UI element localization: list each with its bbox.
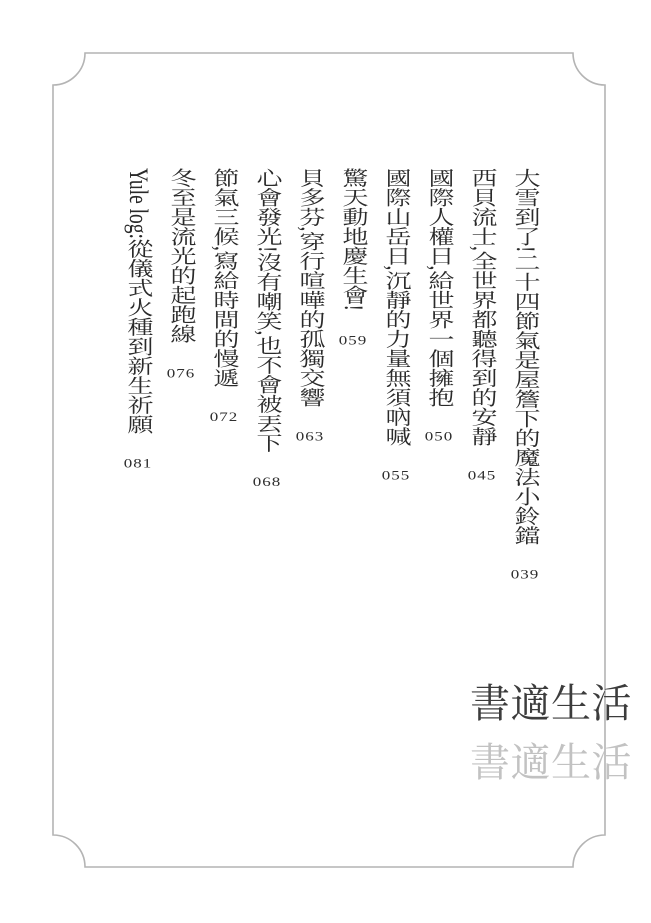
publisher-watermark: 書適生活 書適生活: [470, 682, 632, 785]
chapter-title: 大雪到了!二十四節氣是屋簷下的魔法小鈴鐺: [511, 168, 540, 545]
toc-entry: 驚天動地慶生會! 059: [332, 168, 375, 648]
chapter-title: 西貝流士,全世界都聽得到的安靜: [468, 168, 497, 446]
chapter-page-number: 063: [296, 430, 325, 443]
chapter-page-number: 081: [124, 457, 153, 470]
watermark-text-dark: 書適生活: [470, 682, 632, 726]
chapter-page-number: 068: [253, 475, 282, 488]
chapter-page-number: 076: [167, 366, 196, 379]
toc-entry: 大雪到了!二十四節氣是屋簷下的魔法小鈴鐺 039: [504, 168, 547, 648]
chapter-page-number: 050: [425, 430, 454, 443]
toc-entry: 貝多芬,穿行喧嘩的孤獨交響 063: [289, 168, 332, 648]
book-toc-page: 大雪到了!二十四節氣是屋簷下的魔法小鈴鐺 039 西貝流士,全世界都聽得到的安靜…: [0, 0, 651, 923]
watermark-text-light: 書適生活: [470, 741, 632, 785]
toc-entry: 節氣三候,寫給時間的慢遞 072: [203, 168, 246, 648]
chapter-title: 驚天動地慶生會!: [339, 168, 368, 311]
chapter-page-number: 055: [382, 469, 411, 482]
chapter-title: 國際山岳日,沉靜的力量無須吶喊: [382, 168, 411, 446]
chapter-page-number: 072: [210, 410, 239, 423]
chapter-title: 國際人權日,給世界一個擁抱: [425, 168, 454, 407]
chapter-page-number: 039: [511, 568, 540, 581]
chapter-page-number: 045: [468, 469, 497, 482]
toc-entry: Yule log:從儀式火種到新生祈願 081: [117, 168, 160, 648]
chapter-title: 節氣三候,寫給時間的慢遞: [210, 168, 239, 387]
chapter-page-number: 059: [339, 334, 368, 347]
chapter-title: 冬至是流光的起跑線: [167, 168, 196, 344]
toc-entry: 國際人權日,給世界一個擁抱 050: [418, 168, 461, 648]
table-of-contents: 大雪到了!二十四節氣是屋簷下的魔法小鈴鐺 039 西貝流士,全世界都聽得到的安靜…: [117, 168, 547, 648]
chapter-title: 貝多芬,穿行喧嘩的孤獨交響: [296, 168, 325, 407]
toc-entry: 國際山岳日,沉靜的力量無須吶喊 055: [375, 168, 418, 648]
toc-entry: 西貝流士,全世界都聽得到的安靜 045: [461, 168, 504, 648]
toc-entry: 冬至是流光的起跑線 076: [160, 168, 203, 648]
chapter-title: Yule log:從儀式火種到新生祈願: [124, 168, 153, 434]
chapter-title: 心會發光!沒有嘲笑,也不會被丟下: [253, 168, 282, 452]
toc-entry: 心會發光!沒有嘲笑,也不會被丟下 068: [246, 168, 289, 648]
